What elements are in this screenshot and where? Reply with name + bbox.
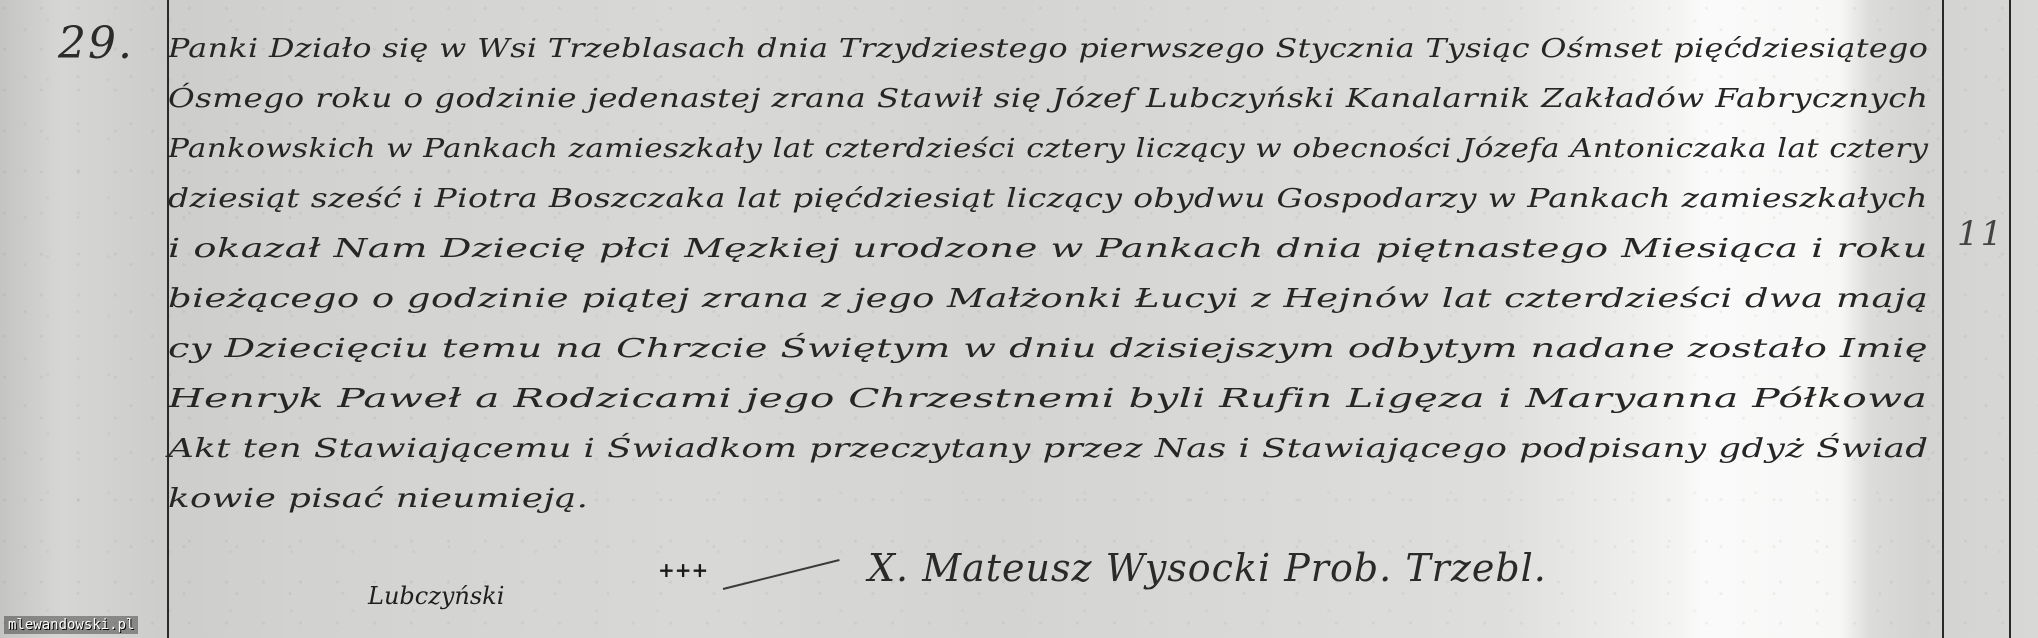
record-line-3: Pankowskich w Pankach zamieszkały lat cz… — [168, 134, 1928, 164]
record-line-7: cy Dziecięciu temu na Chrzcie Świętym w … — [168, 334, 1928, 364]
right-margin-rule-outer — [2009, 0, 2011, 638]
record-line-6: bieżącego o godzinie piątej zrana z jego… — [168, 284, 1928, 314]
scanned-register-page: 29. 11 Panki Działo się w Wsi Trzeblasac… — [0, 0, 2038, 638]
official-signature: X. Mateusz Wysocki Prob. Trzebl. — [868, 546, 1547, 590]
source-watermark: mlewandowski.pl — [4, 616, 138, 634]
record-line-9: Akt ten Stawiającemu i Świadkom przeczyt… — [168, 434, 1928, 464]
record-line-8: Henryk Paweł a Rodzicami jego Chrzestnem… — [168, 384, 1927, 414]
signature-area: +++ Lubczyński X. Mateusz Wysocki Prob. … — [168, 548, 1943, 638]
witness-marks: +++ — [658, 558, 708, 582]
right-margin-rule-inner — [1942, 0, 1944, 638]
act-number: 29. — [58, 18, 134, 69]
margin-note: 11 — [1957, 214, 2004, 254]
record-line-4: dziesiąt sześć i Piotra Boszczaka lat pi… — [168, 184, 1928, 214]
record-line-2: Ósmego roku o godzinie jedenastej zrana … — [168, 84, 1928, 114]
record-line-1: Panki Działo się w Wsi Trzeblasach dnia … — [168, 34, 1928, 64]
declarant-signature: Lubczyński — [368, 582, 504, 610]
record-line-5: i okazał Nam Dziecię płci Męzkiej urodzo… — [168, 234, 1928, 264]
signature-flourish — [723, 559, 840, 590]
record-line-10: kowie pisać nieumieją. — [168, 484, 588, 514]
